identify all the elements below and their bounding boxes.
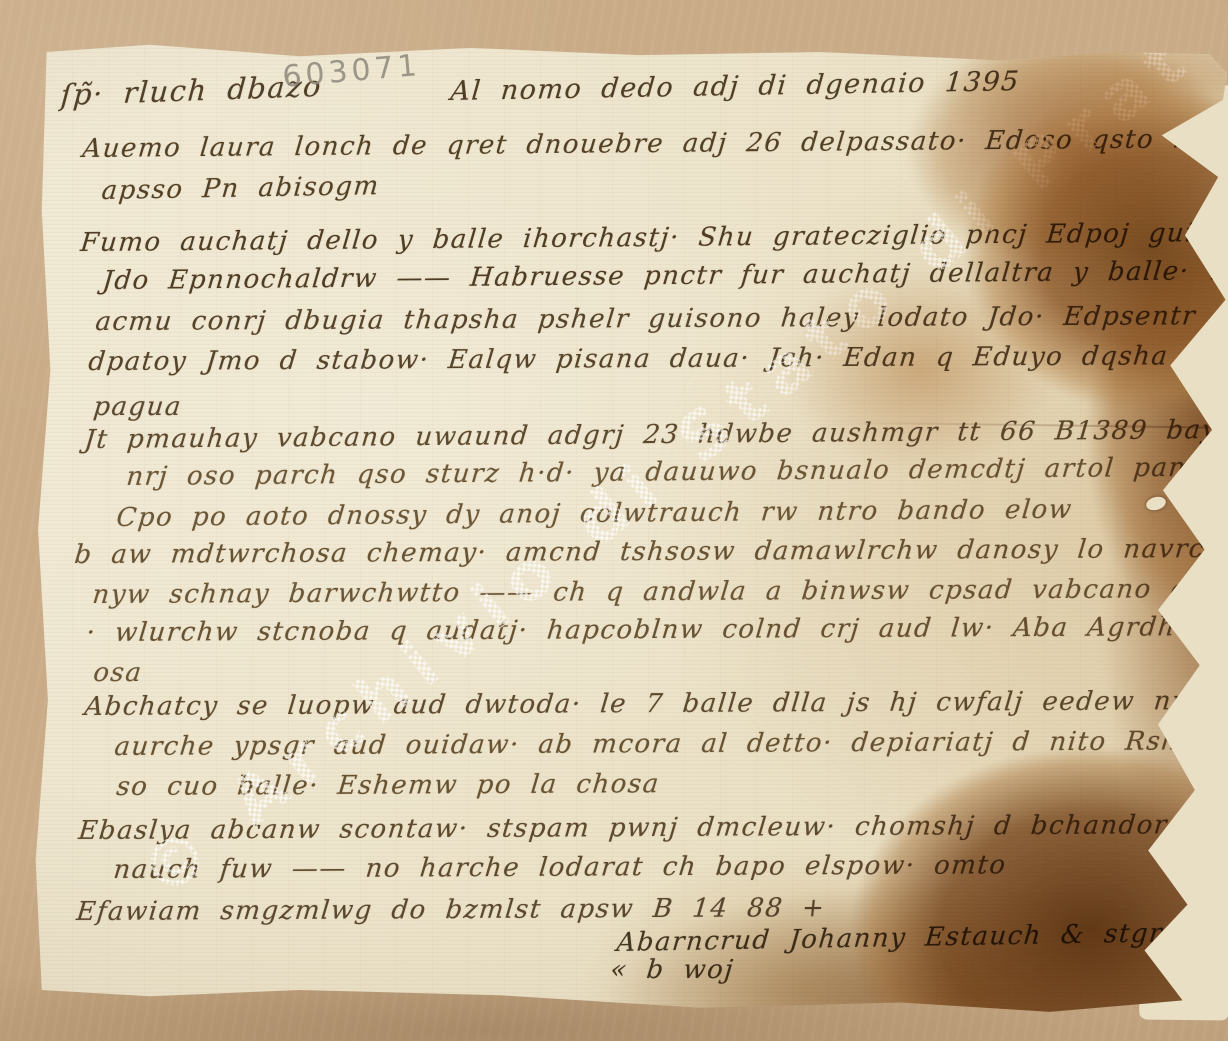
manuscript-line-signature: « b woj — [609, 955, 736, 985]
manuscript-line-body-line: acmu conrj dbugia thapsha pshelr guisono… — [94, 299, 1228, 337]
manuscript-line-invocation: Al nomo dedo adj di dgenaio 1395 — [449, 66, 1021, 107]
worm-hole — [1145, 495, 1168, 513]
manuscript-line-body-line: Fumo auchatj dello y balle ihorchastj· S… — [79, 216, 1228, 258]
manuscript-line-body-line: Abchatcy se luopw aud dwtoda· le 7 balle… — [83, 686, 1228, 722]
manuscript-line-body-line: dpatoy Jmo d stabow· Ealqw pisana daua· … — [87, 340, 1228, 377]
manuscript-line-body-line: nauch fuw —— no harche lodarat ch bapo e… — [112, 850, 1008, 885]
manuscript-line-body-line: · wlurchw stcnoba q audatj· hapcoblnw co… — [85, 611, 1228, 648]
manuscript-line-body-line: apsso Pn abisogm — [100, 171, 381, 206]
manuscript-line-body-line: nyw schnay barwchwtto —— ch q andwla a b… — [91, 573, 1228, 610]
manuscript-line-body-line: Jdo Epnnochaldrw —— Habruesse pnctr fur … — [101, 254, 1228, 296]
manuscript-line-body-line: b aw mdtwrchosa chemay· amcnd tshsosw da… — [73, 533, 1228, 570]
manuscript-line-body-line: pagua — [92, 392, 184, 422]
manuscript-line-archive-number: 603071 — [281, 48, 422, 95]
manuscript-line-body-line: osa — [92, 658, 144, 688]
scan-backdrop: ſp̃· rluch dbazo603071Al nomo dedo adj d… — [0, 0, 1228, 1041]
manuscript-sheet: ſp̃· rluch dbazo603071Al nomo dedo adj d… — [0, 0, 1228, 1041]
